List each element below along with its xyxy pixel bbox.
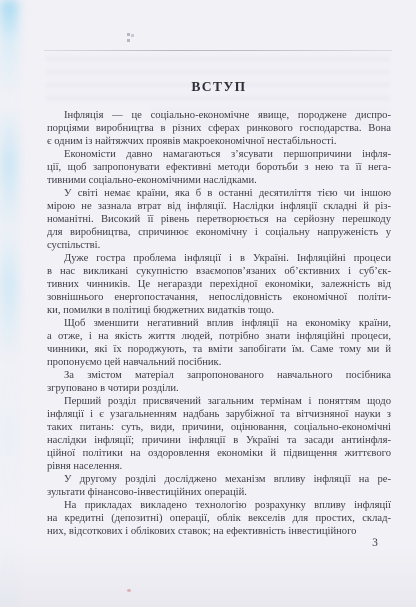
text-line: наслідки інфляції; причини інфляції в Ук… (47, 434, 391, 447)
text-line: пропонуємо цей навчальний посібник. (47, 356, 391, 369)
text-line: номанітні. Високий її рівень перетворюєт… (47, 213, 391, 226)
text-line: Перший розділ присвячений загальним терм… (47, 395, 391, 408)
scan-bottom-shade (0, 547, 416, 607)
body-text: Інфляція — це соціально-економічне явище… (47, 109, 391, 538)
text-line: У світі немає країни, яка б в останні де… (47, 187, 391, 200)
bleedthrough-header-rule (44, 50, 392, 51)
text-line: рівня населення. (47, 460, 391, 473)
text-line: ційної політики на оздоровлення економік… (47, 447, 391, 460)
page-number: 3 (364, 537, 386, 549)
scan-speck (127, 589, 131, 592)
text-line: таких питань: суть, види, причини, оціню… (47, 421, 391, 434)
text-line: чинники, які їх породжують, та вміти зап… (47, 343, 391, 356)
text-line: на кредитні (депозитні) операції, облік … (47, 512, 391, 525)
paragraph: За змістом матеріал запропонованого навч… (47, 369, 391, 395)
text-line: тивними соціально-економічними наслідкам… (47, 174, 391, 187)
text-line: є одним із найтяжчих проявів макроеконом… (47, 135, 391, 148)
text-line: Економісти давно намагаються з’ясувати п… (47, 148, 391, 161)
text-line: них, відсоткових і облікових ставок; на … (47, 525, 391, 538)
text-line: Дуже гостра проблема інфляції і в Україн… (47, 252, 391, 265)
text-line: тивних чинників. Це негаразди перехідної… (47, 278, 391, 291)
text-line: а отже, і на якість життя людей, потрібн… (47, 330, 391, 343)
paragraph: На прикладах викладено технологію розрах… (47, 499, 391, 538)
text-line: ції, щоб запропонувати ефективні методи … (47, 161, 391, 174)
text-line: інфляції і є узагальненням надбань заруб… (47, 408, 391, 421)
text-line: зультати фінансово-інвестиційних операці… (47, 486, 391, 499)
text-line: мірою не зазнала втрат від інфляції. Нас… (47, 200, 391, 213)
paragraph: Інфляція — це соціально-економічне явище… (47, 109, 391, 148)
text-line: Інфляція — це соціально-економічне явище… (47, 109, 391, 122)
text-line: За змістом матеріал запропонованого навч… (47, 369, 391, 382)
text-line: У другому розділі досліджено механізм вп… (47, 473, 391, 486)
text-line: ки, помилки в політиці бюджетних видаткі… (47, 304, 391, 317)
text-line: суспільстві. (47, 239, 391, 252)
paragraph: Економісти давно намагаються з’ясувати п… (47, 148, 391, 187)
text-line: порціями виробництва в різних сферах рин… (47, 122, 391, 135)
text-line: Щоб зменшити негативний вплив інфляції н… (47, 317, 391, 330)
page-content: ВСТУП Інфляція — це соціально-економічне… (47, 79, 391, 538)
paragraph: Дуже гостра проблема інфляції і в Україн… (47, 252, 391, 317)
page-title: ВСТУП (47, 79, 391, 95)
scan-edge-gradient (0, 0, 18, 607)
text-line: На прикладах викладено технологію розрах… (47, 499, 391, 512)
text-line: в нас викликані сукупністю взаємопов’яза… (47, 265, 391, 278)
text-line: для виробництва, спричинює економічну і … (47, 226, 391, 239)
scanned-book-page: { "document": { "heading": "ВСТУП", "pag… (0, 0, 416, 607)
paragraph: Перший розділ присвячений загальним терм… (47, 395, 391, 473)
paragraph: У світі немає країни, яка б в останні де… (47, 187, 391, 252)
paragraph: Щоб зменшити негативний вплив інфляції н… (47, 317, 391, 369)
scan-speck (127, 33, 130, 36)
text-line: зовнішнього енергопостачання, непослідов… (47, 291, 391, 304)
text-line: згруповано в чотири розділи. (47, 382, 391, 395)
paragraph: У другому розділі досліджено механізм вп… (47, 473, 391, 499)
